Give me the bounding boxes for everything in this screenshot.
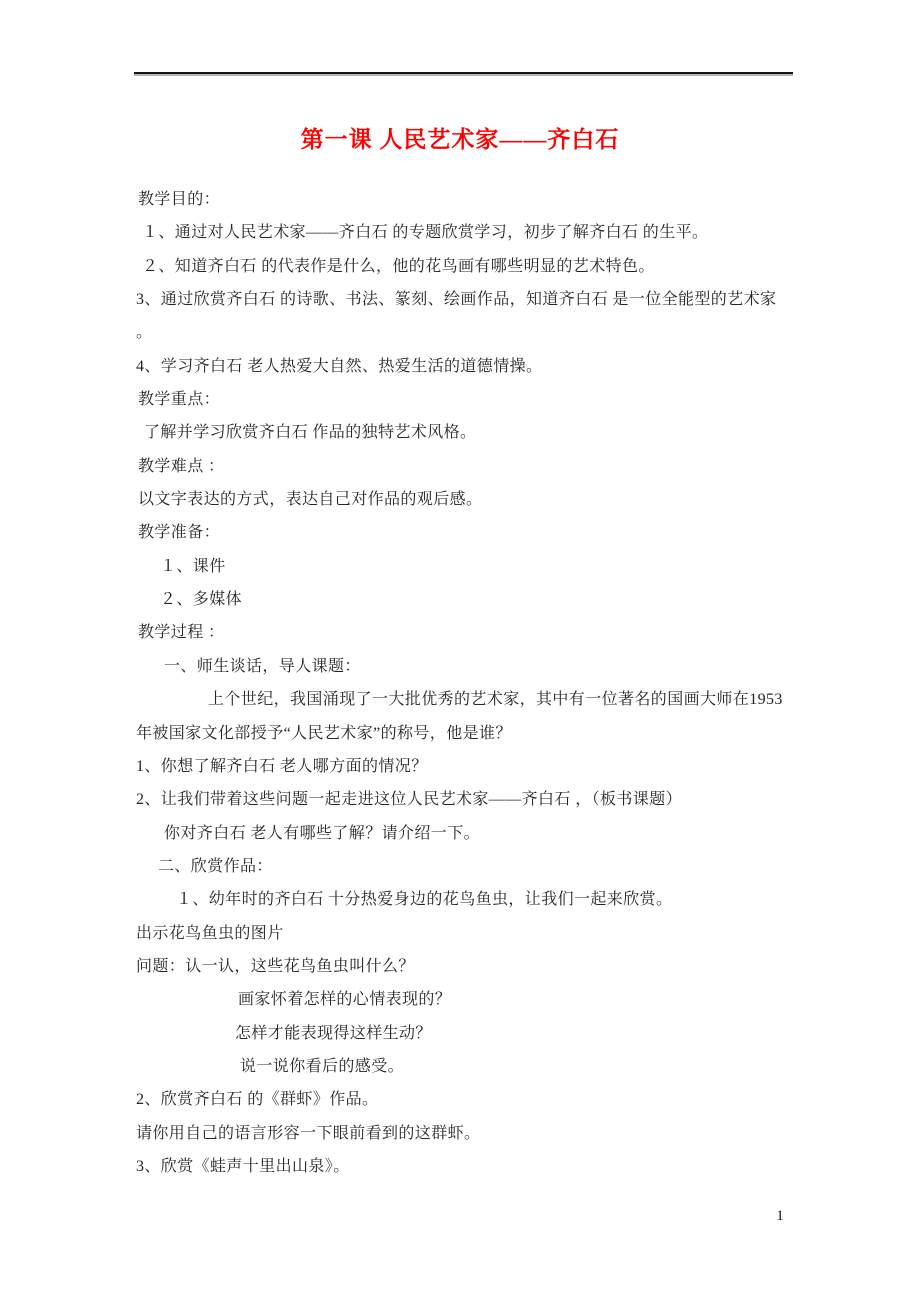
paragraph-line: 2、让我们带着这些问题一起走进这位人民艺术家——齐白石 ，（板书课题）: [136, 783, 804, 816]
document-page: 第一课 人民艺术家——齐白石 教学目的：１、通过对人民艺术家——齐白石 的专题欣…: [0, 0, 920, 1302]
paragraph-line: １、通过对人民艺术家——齐白石 的专题欣赏学习，初步了解齐白石 的生平。: [136, 216, 804, 249]
document-title: 第一课 人民艺术家——齐白石: [0, 121, 920, 154]
paragraph-line: 教学目的：: [136, 183, 804, 216]
paragraph-line: 说一说你看后的感受。: [136, 1050, 804, 1083]
paragraph-line: 3、通过欣赏齐白石 的诗歌、书法、篆刻、绘画作品，知道齐白石 是一位全能型的艺术…: [136, 283, 804, 316]
paragraph-line: ２、多媒体: [136, 583, 804, 616]
paragraph-line: 问题：认一认，这些花鸟鱼虫叫什么？: [136, 950, 804, 983]
paragraph-line: 怎样才能表现得这样生动？: [136, 1017, 804, 1050]
header-rule: [134, 72, 793, 74]
paragraph-line: 教学准备：: [136, 516, 804, 549]
paragraph-line: 3、欣赏《蛙声十里出山泉》。: [136, 1150, 804, 1183]
document-body: 教学目的：１、通过对人民艺术家——齐白石 的专题欣赏学习，初步了解齐白石 的生平…: [136, 183, 804, 1183]
paragraph-line: 4、学习齐白石 老人热爱大自然、热爱生活的道德情操。: [136, 350, 804, 383]
paragraph-line: 教学难点 ：: [136, 450, 804, 483]
paragraph-line: 上个世纪，我国涌现了一大批优秀的艺术家，其中有一位著名的国画大师在1953: [136, 683, 804, 716]
paragraph-line: 一、师生谈话，导人课题：: [136, 650, 804, 683]
paragraph-line: 1、你想了解齐白石 老人哪方面的情况？: [136, 750, 804, 783]
paragraph-line: １、课件: [136, 550, 804, 583]
paragraph-line: 年被国家文化部授予“人民艺术家”的称号，他是谁？: [136, 717, 804, 750]
page-number: 1: [766, 1208, 794, 1225]
paragraph-line: 请你用自己的语言形容一下眼前看到的这群虾。: [136, 1117, 804, 1150]
paragraph-line: 2、欣赏齐白石 的《群虾》作品。: [136, 1083, 804, 1116]
paragraph-line: 教学重点：: [136, 383, 804, 416]
paragraph-line: 二、欣赏作品：: [136, 850, 804, 883]
paragraph-line: 了解并学习欣赏齐白石 作品的独特艺术风格。: [136, 416, 804, 449]
paragraph-line: 画家怀着怎样的心情表现的？: [136, 983, 804, 1016]
paragraph-line: 教学过程 ：: [136, 616, 804, 649]
paragraph-line: 。: [136, 316, 804, 349]
paragraph-line: 你对齐白石 老人有哪些了解？请介绍一下。: [136, 817, 804, 850]
paragraph-line: ２、知道齐白石 的代表作是什么，他的花鸟画有哪些明显的艺术特色。: [136, 250, 804, 283]
paragraph-line: 出示花鸟鱼虫的图片: [136, 917, 804, 950]
paragraph-line: 以文字表达的方式，表达自己对作品的观后感。: [136, 483, 804, 516]
paragraph-line: １、幼年时的齐白石 十分热爱身边的花鸟鱼虫，让我们一起来欣赏。: [136, 883, 804, 916]
